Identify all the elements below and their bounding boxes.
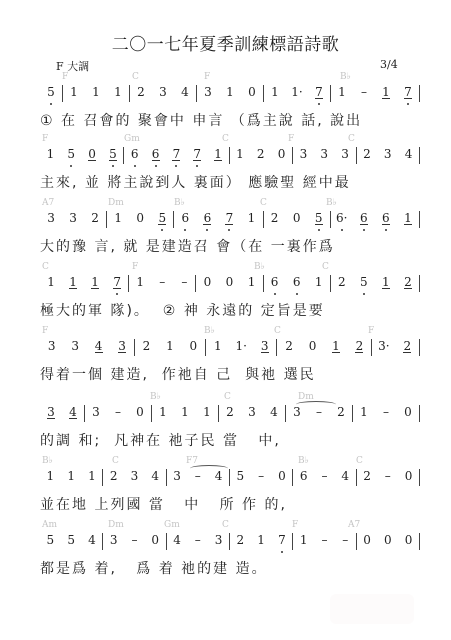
notation-row: 343–01112343–21–0 bbox=[40, 404, 420, 426]
note: 2 bbox=[269, 210, 281, 226]
chord-symbol: Gm bbox=[164, 520, 180, 530]
measure: 210 bbox=[135, 338, 205, 360]
note: – bbox=[112, 404, 124, 420]
notation-row: 1112343–45–06–42–0 bbox=[40, 468, 420, 490]
lyrics-line: ① 在 召會的 聚會中 申言 （爲主說 話, 說出 bbox=[40, 110, 420, 130]
chord-symbol: F bbox=[204, 72, 210, 82]
chord-symbol: C bbox=[348, 134, 355, 144]
note: 3 bbox=[246, 404, 258, 420]
measure: 234 bbox=[103, 468, 165, 490]
chord-symbol: F bbox=[42, 326, 48, 336]
measure: 120 bbox=[230, 146, 293, 168]
note: 2 bbox=[283, 338, 295, 354]
note: 0 bbox=[201, 274, 213, 290]
note: 7 bbox=[170, 146, 182, 162]
note: 1 bbox=[86, 468, 98, 484]
measure: 111 bbox=[152, 404, 218, 426]
note: 0 bbox=[187, 338, 199, 354]
measure: 1–17 bbox=[331, 84, 419, 106]
chord-symbol: C bbox=[322, 262, 329, 272]
song-title: 二〇一七年夏季訓練標語詩歌 bbox=[0, 30, 451, 55]
note: 5 bbox=[45, 84, 57, 100]
note: 5 bbox=[65, 146, 77, 162]
lyrics-line: 極大的軍 隊)。 ② 神 永遠的 定旨是要 bbox=[40, 300, 420, 320]
note: 3 bbox=[202, 84, 214, 100]
note: 3 bbox=[157, 84, 169, 100]
chord-row: FGmCFC bbox=[40, 134, 420, 146]
note: 2 bbox=[234, 532, 246, 548]
note: – bbox=[255, 468, 267, 484]
measure: 000 bbox=[357, 532, 419, 554]
chord-symbol: B♭ bbox=[254, 262, 265, 272]
score-system: FB♭CF334321011·320123·2得着一個 建造, 作祂自 己 與祂… bbox=[40, 326, 420, 388]
note: 5 bbox=[107, 146, 119, 162]
chord-symbol: C bbox=[222, 134, 229, 144]
chord-row: B♭CDm bbox=[40, 392, 420, 404]
note: – bbox=[178, 274, 190, 290]
measure: 11·7 bbox=[264, 84, 330, 106]
lyrics-line: 並在地 上列國 當 中 所 作 的, bbox=[40, 494, 420, 514]
note: 2 bbox=[89, 210, 101, 226]
measure: 111 bbox=[63, 84, 129, 106]
note: 6 bbox=[291, 274, 303, 290]
slur bbox=[190, 465, 228, 472]
barline bbox=[419, 405, 420, 422]
barline bbox=[419, 147, 420, 164]
note: 3· bbox=[378, 338, 390, 354]
note: – bbox=[339, 532, 351, 548]
chord-symbol: B♭ bbox=[42, 456, 53, 466]
measure: 2012 bbox=[277, 338, 371, 360]
measure: 661 bbox=[264, 274, 330, 296]
chord-symbol: A7 bbox=[42, 198, 54, 208]
slur bbox=[296, 401, 336, 408]
measure: 5–0 bbox=[230, 468, 292, 490]
note: 1 bbox=[44, 468, 56, 484]
measure: 34 bbox=[40, 404, 84, 426]
note: 5 bbox=[156, 210, 168, 226]
note: 1 bbox=[164, 338, 176, 354]
chord-symbol: C bbox=[260, 198, 267, 208]
chord-symbol: B♭ bbox=[298, 456, 309, 466]
note: 1 bbox=[246, 210, 258, 226]
chord-symbol: F bbox=[62, 72, 68, 82]
note: 3 bbox=[259, 338, 271, 354]
note: 4 bbox=[403, 146, 415, 162]
chord-symbol: B♭ bbox=[326, 198, 337, 208]
measure: 6–4 bbox=[293, 468, 355, 490]
note: 1 bbox=[358, 404, 370, 420]
barline bbox=[419, 339, 420, 356]
note: – bbox=[380, 404, 392, 420]
score-system: B♭CF7B♭C1112343–45–06–42–0並在地 上列國 當 中 所 … bbox=[40, 456, 420, 518]
measure: 1–– bbox=[129, 274, 195, 296]
measure: 2–0 bbox=[357, 468, 419, 490]
note: 7 bbox=[313, 84, 325, 100]
note: 1 bbox=[68, 84, 80, 100]
note: 1 bbox=[179, 404, 191, 420]
note: 0 bbox=[86, 146, 98, 162]
measure: 1–0 bbox=[353, 404, 419, 426]
lyrics-line: 得着一個 建造, 作祂自 己 與祂 選民 bbox=[40, 364, 420, 384]
note: 7 bbox=[191, 146, 203, 162]
note: 1 bbox=[224, 84, 236, 100]
score-system: B♭CDm343–01112343–21–0的調 和; 凡神在 祂子民 當 中, bbox=[40, 392, 420, 454]
measure: 332 bbox=[40, 210, 106, 232]
note: 3 bbox=[46, 338, 58, 354]
chord-symbol: B♭ bbox=[174, 198, 185, 208]
note: – bbox=[192, 532, 204, 548]
note: 3 bbox=[382, 146, 394, 162]
note: 6 bbox=[179, 210, 191, 226]
chord-symbol: C bbox=[224, 392, 231, 402]
note: 0 bbox=[134, 210, 146, 226]
note: 0 bbox=[403, 532, 415, 548]
measure: 310 bbox=[197, 84, 263, 106]
note: – bbox=[382, 468, 394, 484]
note: 2 bbox=[108, 468, 120, 484]
measure: 234 bbox=[357, 146, 420, 168]
note: 3 bbox=[213, 532, 225, 548]
note: 1 bbox=[90, 84, 102, 100]
note: 6· bbox=[336, 210, 348, 226]
score-system: FCFB♭511123431011·71–17① 在 召會的 聚會中 申言 （爲… bbox=[40, 72, 420, 134]
note: 5 bbox=[358, 274, 370, 290]
measure: 001 bbox=[196, 274, 262, 296]
note: 6 bbox=[150, 146, 162, 162]
chord-row: CFB♭C bbox=[40, 262, 420, 274]
note: 4 bbox=[67, 404, 79, 420]
note: 1 bbox=[246, 274, 258, 290]
note: 3 bbox=[339, 146, 351, 162]
score-system: FGmCFC150566771120333234主來, 並 將主說到人 裏面） … bbox=[40, 134, 420, 196]
note: 4 bbox=[149, 468, 161, 484]
chord-symbol: Dm bbox=[108, 198, 124, 208]
note: 1 bbox=[112, 84, 124, 100]
note: 2 bbox=[135, 84, 147, 100]
lyrics-line: 大的豫 言, 就 是建造召 會（在 一裏作爲 bbox=[40, 236, 420, 256]
note: 0 bbox=[149, 532, 161, 548]
note: 1· bbox=[235, 338, 247, 354]
note: 4 bbox=[86, 532, 98, 548]
measure: 66771 bbox=[124, 146, 228, 168]
measure: 3–0 bbox=[85, 404, 151, 426]
time-signature: 3/4 bbox=[380, 58, 398, 71]
note: 6 bbox=[358, 210, 370, 226]
note: 2 bbox=[140, 338, 152, 354]
chord-symbol: F bbox=[368, 326, 374, 336]
chord-symbol: B♭ bbox=[340, 72, 351, 82]
notation-row: 33210566712056·661 bbox=[40, 210, 420, 232]
chord-row: B♭CF7B♭C bbox=[40, 456, 420, 468]
note: 6 bbox=[129, 146, 141, 162]
chord-row: A7DmB♭CB♭ bbox=[40, 198, 420, 210]
score-system: AmDmGmCFA75543–04–32171––000都是爲 着, 爲 着 祂… bbox=[40, 520, 420, 582]
note: – bbox=[128, 532, 140, 548]
note: 3 bbox=[45, 404, 57, 420]
chord-symbol: Dm bbox=[108, 520, 124, 530]
lyrics-line: 的調 和; 凡神在 祂子民 當 中, bbox=[40, 430, 420, 450]
chord-symbol: C bbox=[356, 456, 363, 466]
note: 1 bbox=[112, 210, 124, 226]
note: 1 bbox=[336, 84, 348, 100]
note: 3 bbox=[90, 404, 102, 420]
note: 1 bbox=[67, 274, 79, 290]
note: 4 bbox=[93, 338, 105, 354]
measure: 333 bbox=[293, 146, 356, 168]
note: 1 bbox=[255, 532, 267, 548]
chord-symbol: C bbox=[112, 456, 119, 466]
note: 3 bbox=[69, 338, 81, 354]
note: 2 bbox=[255, 146, 267, 162]
note: 6 bbox=[269, 274, 281, 290]
chord-symbol: F7 bbox=[186, 456, 198, 466]
note: 1 bbox=[157, 404, 169, 420]
note: 0 bbox=[291, 210, 303, 226]
measure: 3·2 bbox=[372, 338, 419, 360]
measure: 5 bbox=[40, 84, 62, 106]
chord-symbol: F bbox=[132, 262, 138, 272]
chord-symbol: B♭ bbox=[204, 326, 215, 336]
note: 6 bbox=[298, 468, 310, 484]
barline bbox=[419, 275, 420, 292]
note: 0 bbox=[361, 532, 373, 548]
measure: 105 bbox=[107, 210, 173, 232]
notation-row: 5543–04–32171––000 bbox=[40, 532, 420, 554]
chord-row: FB♭CF bbox=[40, 326, 420, 338]
note: 3 bbox=[67, 210, 79, 226]
measure: 1117 bbox=[40, 274, 128, 296]
note: 1 bbox=[330, 338, 342, 354]
note: 0 bbox=[276, 146, 288, 162]
measure: 554 bbox=[40, 532, 102, 554]
note: – bbox=[318, 468, 330, 484]
chord-row: AmDmGmCFA7 bbox=[40, 520, 420, 532]
note: 0 bbox=[246, 84, 258, 100]
chord-symbol: Am bbox=[42, 520, 57, 530]
note: 0 bbox=[223, 274, 235, 290]
measure: 205 bbox=[264, 210, 330, 232]
note: 1 bbox=[234, 146, 246, 162]
note: 5 bbox=[234, 468, 246, 484]
chord-symbol: C bbox=[274, 326, 281, 336]
note: – bbox=[358, 84, 370, 100]
note: 2 bbox=[361, 468, 373, 484]
note: 0 bbox=[402, 404, 414, 420]
note: 1 bbox=[269, 84, 281, 100]
note: 3 bbox=[45, 210, 57, 226]
note: 3 bbox=[171, 468, 183, 484]
chord-symbol: B♭ bbox=[150, 392, 161, 402]
note: 1 bbox=[201, 404, 213, 420]
note: 1· bbox=[291, 84, 303, 100]
note: 0 bbox=[276, 468, 288, 484]
note: 4 bbox=[179, 84, 191, 100]
note: 3 bbox=[108, 532, 120, 548]
note: 4 bbox=[171, 532, 183, 548]
note: 5 bbox=[65, 532, 77, 548]
note: 2 bbox=[353, 338, 365, 354]
barline bbox=[419, 85, 420, 102]
barline bbox=[419, 533, 420, 550]
note: 2 bbox=[402, 274, 414, 290]
note: 2 bbox=[361, 146, 373, 162]
chord-symbol: F bbox=[292, 520, 298, 530]
measure: 3–0 bbox=[103, 532, 165, 554]
watermark-box bbox=[330, 594, 414, 624]
note: 0 bbox=[134, 404, 146, 420]
note: 1 bbox=[65, 468, 77, 484]
notation-row: 511123431011·71–17 bbox=[40, 84, 420, 106]
measure: 3343 bbox=[40, 338, 134, 360]
note: 3 bbox=[297, 146, 309, 162]
note: 5 bbox=[313, 210, 325, 226]
chord-row: FCFB♭ bbox=[40, 72, 420, 84]
chord-symbol: A7 bbox=[348, 520, 360, 530]
note: 1 bbox=[380, 84, 392, 100]
measure: 217 bbox=[230, 532, 292, 554]
note: – bbox=[156, 274, 168, 290]
note: 0 bbox=[403, 468, 415, 484]
measure: 6671 bbox=[174, 210, 262, 232]
note: 2 bbox=[401, 338, 413, 354]
measure: 234 bbox=[130, 84, 196, 106]
note: 1 bbox=[45, 274, 57, 290]
note: 4 bbox=[339, 468, 351, 484]
notation-row: 11171––0016612512 bbox=[40, 274, 420, 296]
note: 1 bbox=[212, 338, 224, 354]
note: 0 bbox=[307, 338, 319, 354]
chord-symbol: F bbox=[42, 134, 48, 144]
chord-symbol: C bbox=[42, 262, 49, 272]
note: – bbox=[318, 532, 330, 548]
barline bbox=[419, 211, 420, 228]
measure: 234 bbox=[219, 404, 285, 426]
measure: 11·3 bbox=[206, 338, 276, 360]
barline bbox=[419, 469, 420, 486]
chord-symbol: C bbox=[222, 520, 229, 530]
note: 1 bbox=[313, 274, 325, 290]
note: 1 bbox=[134, 274, 146, 290]
note: 1 bbox=[298, 532, 310, 548]
note: 7 bbox=[402, 84, 414, 100]
note: 1 bbox=[89, 274, 101, 290]
score-system: A7DmB♭CB♭33210566712056·661大的豫 言, 就 是建造召… bbox=[40, 198, 420, 260]
chord-symbol: Gm bbox=[124, 134, 140, 144]
measure: 2512 bbox=[331, 274, 419, 296]
score-system: CFB♭C11171––0016612512極大的軍 隊)。 ② 神 永遠的 定… bbox=[40, 262, 420, 324]
note: 1 bbox=[44, 146, 56, 162]
notation-row: 150566771120333234 bbox=[40, 146, 420, 168]
note: 1 bbox=[380, 274, 392, 290]
note: 1 bbox=[212, 146, 224, 162]
note: 2 bbox=[335, 404, 347, 420]
note: 3 bbox=[116, 338, 128, 354]
note: 7 bbox=[111, 274, 123, 290]
note: 7 bbox=[276, 532, 288, 548]
note: 3 bbox=[128, 468, 140, 484]
chord-symbol: C bbox=[132, 72, 139, 82]
note: 3 bbox=[318, 146, 330, 162]
note: 5 bbox=[44, 532, 56, 548]
note: 1 bbox=[402, 210, 414, 226]
lyrics-line: 主來, 並 將主說到人 裏面） 應驗聖 經中最 bbox=[40, 172, 420, 192]
notation-row: 334321011·320123·2 bbox=[40, 338, 420, 360]
chord-symbol: F bbox=[288, 134, 294, 144]
note: 6 bbox=[380, 210, 392, 226]
note: 2 bbox=[336, 274, 348, 290]
measure: 4–3 bbox=[167, 532, 229, 554]
note: 6 bbox=[201, 210, 213, 226]
note: 7 bbox=[223, 210, 235, 226]
note: 4 bbox=[268, 404, 280, 420]
note: 2 bbox=[224, 404, 236, 420]
lyrics-line: 都是爲 着, 爲 着 祂的建 造。 bbox=[40, 558, 420, 578]
measure: 111 bbox=[40, 468, 102, 490]
measure: 1–– bbox=[293, 532, 355, 554]
note: 0 bbox=[382, 532, 394, 548]
measure: 6·661 bbox=[331, 210, 419, 232]
measure: 1505 bbox=[40, 146, 123, 168]
